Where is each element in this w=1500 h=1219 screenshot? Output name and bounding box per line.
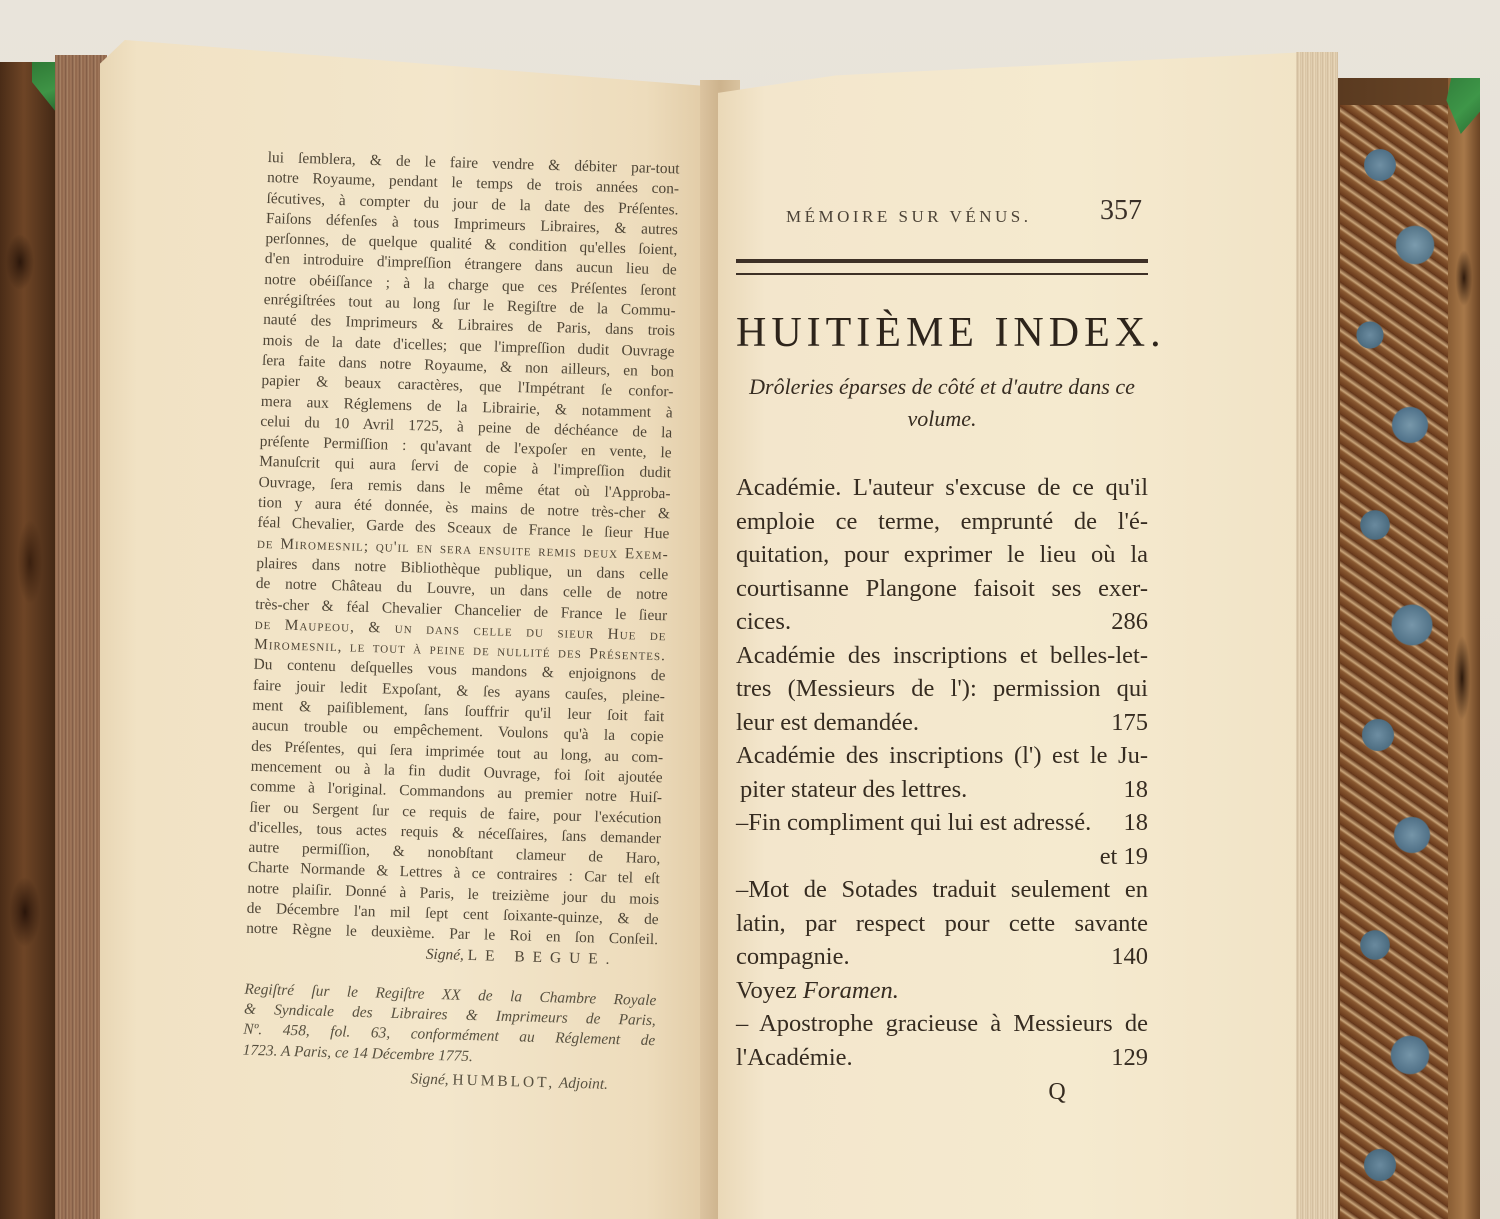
entry-last-line: l'Académie. 129 xyxy=(736,1041,1148,1075)
entry-page-ref: 18 xyxy=(1124,773,1149,807)
running-title: MÉMOIRE SUR VÉNUS. xyxy=(786,207,1031,227)
index-entry: Académie des inscriptions (l') est le Ju… xyxy=(736,739,1148,806)
index-entry: –Fin compliment qui lui est adressé. 18 … xyxy=(736,806,1148,873)
entry-line: courtisanne Plangone faisoit ses exer- xyxy=(736,572,1148,606)
entry-page-ref: 18 xyxy=(1124,806,1149,840)
entry-last-line: piter stateur des lettres. 18 xyxy=(736,773,1148,807)
entry-page-ref: 175 xyxy=(1111,706,1148,740)
see-also-prefix: Voyez xyxy=(736,977,797,1004)
see-also-entry: Voyez Foramen. xyxy=(736,974,1148,1008)
entry-line: Académie des inscriptions (l') est le Ju… xyxy=(736,739,1148,773)
entry-text: piter stateur des lettres. xyxy=(740,776,967,803)
entry-text: leur est demandée. xyxy=(736,709,919,736)
entry-text: cices. xyxy=(736,608,791,635)
signature-name: HUMBLOT, xyxy=(452,1072,555,1092)
index-entry: –Mot de Sotades traduit seulement en lat… xyxy=(736,873,1148,974)
signature-prefix: Signé, xyxy=(426,945,465,963)
index-entry: – Apostrophe gracieuse à Messieurs de l'… xyxy=(736,1007,1148,1074)
book-photo: lui ſemblera, & de le faire vendre & déb… xyxy=(0,0,1500,1219)
entry-line: –Mot de Sotades traduit seulement en xyxy=(736,873,1148,907)
double-rule xyxy=(736,259,1148,275)
entry-line: – Apostrophe gracieuse à Messieurs de xyxy=(736,1007,1148,1041)
right-page-edges xyxy=(1296,52,1338,1219)
entry-page-ref: 129 xyxy=(1111,1041,1148,1075)
signature-prefix: Signé, xyxy=(410,1070,449,1088)
index-entry: Académie des inscriptions et belles-let-… xyxy=(736,639,1148,740)
index-page: MÉMOIRE SUR VÉNUS. 357 HUITIÈME INDEX. D… xyxy=(736,195,1148,1110)
entry-text: l'Académie. xyxy=(736,1044,853,1071)
printer-signature-mark: Q xyxy=(736,1076,1148,1110)
entry-line: latin, par respect pour cette savante xyxy=(736,907,1148,941)
entry-line: Académie. L'auteur s'excuse de ce qu'il xyxy=(736,471,1148,505)
index-title: HUITIÈME INDEX. xyxy=(736,309,1148,357)
entry-line: quitation, pour exprimer le lieu où la xyxy=(736,538,1148,572)
see-also-line: Voyez Foramen. xyxy=(736,974,1148,1008)
entry-last-line: –Fin compliment qui lui est adressé. 18 xyxy=(736,806,1148,840)
entry-text: –Fin compliment qui lui est adressé. xyxy=(736,809,1091,836)
see-also-target: Foramen. xyxy=(803,977,899,1004)
index-entries: Académie. L'auteur s'excuse de ce qu'il … xyxy=(736,471,1148,1110)
entry-last-line: cices. 286 xyxy=(736,605,1148,639)
privilege-text: lui ſemblera, & de le faire vendre & déb… xyxy=(242,148,680,1096)
page-number: 357 xyxy=(1100,195,1142,227)
signature-suffix: Adjoint. xyxy=(559,1075,609,1093)
entry-last-line: compagnie. 140 xyxy=(736,940,1148,974)
entry-last-line: leur est demandée. 175 xyxy=(736,706,1148,740)
entry-line: tres (Messieurs de l'): permission qui xyxy=(736,672,1148,706)
index-entry: Académie. L'auteur s'excuse de ce qu'il … xyxy=(736,471,1148,639)
subtitle-line: Drôleries éparses de côté et d'autre dan… xyxy=(736,371,1148,403)
entry-line: emploie ce terme, emprunté de l'é- xyxy=(736,505,1148,539)
left-cover-board xyxy=(0,62,60,1219)
signature-name: LE BEGUE. xyxy=(468,946,618,967)
right-leather-edge xyxy=(1448,78,1480,1219)
entry-text: compagnie. xyxy=(736,943,850,970)
entry-page-ref: 286 xyxy=(1111,605,1148,639)
entry-page-ref: 140 xyxy=(1111,940,1148,974)
marbled-paper xyxy=(1340,105,1448,1219)
registration-note: Regiſtré ſur le Regiſtre XX de la Chambr… xyxy=(242,980,657,1097)
subtitle-line: volume. xyxy=(736,403,1148,435)
left-page-edges xyxy=(55,55,107,1219)
entry-continuation: et 19 xyxy=(736,840,1148,874)
running-head: MÉMOIRE SUR VÉNUS. 357 xyxy=(736,195,1148,235)
index-subtitle: Drôleries éparses de côté et d'autre dan… xyxy=(736,371,1148,435)
entry-line: Académie des inscriptions et belles-let- xyxy=(736,639,1148,673)
